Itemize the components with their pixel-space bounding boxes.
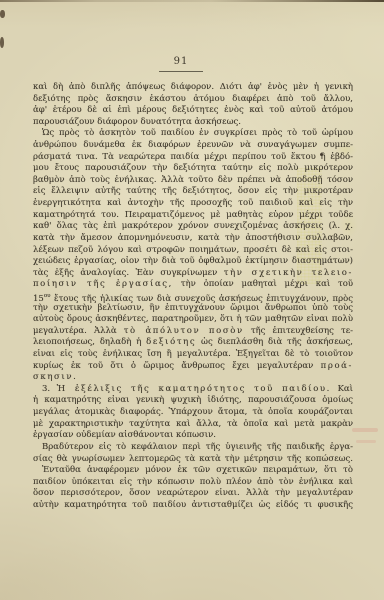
text-segment: καθ' ὅλας τὰς ἐπὶ μακρότερον χρόνον συνε… xyxy=(33,221,353,231)
emphasized-text: τὸ ἀπόλυτον ποσὸν xyxy=(124,326,244,336)
text-line: εἶναι εἰς τοὺς ἐνήλικας ἴση ἢ μεγαλυτέρα… xyxy=(33,349,353,361)
text-line: ἡ καματηρότης εἶναι γενικὴ ψυχικὴ ἰδιότη… xyxy=(33,395,353,407)
text-line: Ἐνταῦθα ἀναφέρομεν μόνον ἐκ τῶν σχετικῶν… xyxy=(33,465,353,477)
text-segment: 15 xyxy=(33,294,44,303)
text-line: παιδίον ὑπόκειται εἰς τὴν κόπωσιν πολὺ π… xyxy=(33,477,353,489)
text-line: καματηρότητά του. Πειραματιζόμενος μὲ μα… xyxy=(33,210,353,222)
text-segment: Καὶ xyxy=(331,384,353,394)
text-segment: αὐτοὺς ὅρους ἀσκηθέντες, παρατηροῦμεν, ὅ… xyxy=(33,314,353,324)
emphasized-text: Ἡ ἐξέλιξις τῆς καματηρότητος τοῦ παιδίου… xyxy=(57,384,331,394)
book-page-scan: 91 καὶ δὴ ἀπὸ διπλῆς ἀπόψεως διάφορον. Δ… xyxy=(0,0,384,600)
ink-speck xyxy=(0,10,5,18)
text-line: λέξεων πεζοῦ λόγου καὶ στροφῶν ποιημάτων… xyxy=(33,245,353,257)
text-segment: μὲ χαρακτηριστικὴν ταχύτητα καὶ ἄλλα, τὰ… xyxy=(33,419,353,429)
text-segment: λειοποιήσεως, δηλαδὴ ἡ xyxy=(33,337,146,347)
text-segment: καματηρότητά του. Πειραματιζόμενος μὲ μα… xyxy=(33,210,353,220)
text-line: τὴν σχετικὴν βελτίωσιν, ἣν ἐπιτυγχάνουν … xyxy=(33,303,353,315)
ink-speck xyxy=(0,37,4,48)
text-line: κυρίως ἐκ τοῦ ὅτι ὁ ὥριμος ἄνθρωπος ἔχει… xyxy=(33,361,353,373)
emphasized-text: ποίησιν τῆς ἐργασίας, xyxy=(33,279,173,289)
text-line: μεγαλυτέρα. Ἀλλὰ τὸ ἀπόλυτον ποσὸν τῆς ἐ… xyxy=(33,326,353,338)
text-line: ἀνθρώπου δυνάμεθα ἐκ διαφόρων ἐρευνῶν νὰ… xyxy=(33,140,353,152)
text-line: ράσματά τινα. Τὰ νεαρώτερα παιδία μέχρι … xyxy=(33,152,353,164)
text-line: δεξιότης πρὸς ἄσκησιν ἑκάστου ἀτόμου δια… xyxy=(33,94,353,106)
text-line: μὲ χαρακτηριστικὴν ταχύτητα καὶ ἄλλα, τὰ… xyxy=(33,419,353,431)
text-segment: χειώδεις ἐργασίας, οἷον τὴν διὰ τοῦ ὀφθα… xyxy=(33,256,353,266)
text-line: λειοποιήσεως, δηλαδὴ ἡ δεξιότης ὡς διεπλ… xyxy=(33,337,353,349)
text-line: παρουσιάζουν διάφορον δυνατότητα ἀσκήσεω… xyxy=(33,117,353,129)
text-segment: ἐργασίαν οὐδεμίαν αἰσθάνονται κόπωσιν. xyxy=(33,430,216,440)
margin-mark xyxy=(356,440,376,443)
text-segment: εἰς ἔλλειψιν αὐτῆς ταύτης τῆς δεξιότητος… xyxy=(33,186,353,196)
text-segment: κυρίως ἐκ τοῦ ὅτι ὁ ὥριμος ἄνθρωπος ἔχει… xyxy=(33,361,321,371)
text-segment: ἡ καματηρότης εἶναι γενικὴ ψυχικὴ ἰδιότη… xyxy=(33,395,353,405)
text-line: καὶ δὴ ἀπὸ διπλῆς ἀπόψεως διάφορον. Διότ… xyxy=(33,82,353,94)
text-segment: 3. xyxy=(42,384,57,394)
text-line: χειώδεις ἐργασίας, οἷον τὴν διὰ τοῦ ὀφθα… xyxy=(33,256,353,268)
text-segment: ἐνεργητικότητα καὶ ἀντοχὴν τῆς προσοχῆς … xyxy=(33,198,353,208)
text-segment: κατὰ τὴν ἄμεσον ἀπομνημόνευσιν, κατὰ τὴν… xyxy=(33,233,353,243)
emphasized-text: δεξιότης xyxy=(146,337,196,347)
text-line: σκησιν. xyxy=(33,372,353,384)
text-line: τὰς ἑξῆς ἀναλογίας. Ἐὰν συγκρίνωμεν τὴν … xyxy=(33,268,353,280)
page-number-underline xyxy=(159,71,203,72)
text-segment: ὡς διεπλάσθη διὰ τῆς ἀσκήσεως, xyxy=(196,337,353,347)
text-segment: τὰς ἑξῆς ἀναλογίας. Ἐὰν συγκρίνωμεν xyxy=(33,268,224,278)
text-segment: παρουσιάζουν διάφορον δυνατότητα ἀσκήσεω… xyxy=(33,117,241,127)
text-segment: λέξεων πεζοῦ λόγου καὶ στροφῶν ποιημάτων… xyxy=(33,245,353,255)
text-line: μεγάλας ἀτομικὰς διαφοράς. Ὑπάρχουν ἄτομ… xyxy=(33,407,353,419)
text-segment: μεγαλυτέρα. Ἀλλὰ xyxy=(33,326,124,336)
text-segment: σίας θὰ γνωρίσωμεν λεπτομερῶς τὰ κατὰ τὴ… xyxy=(33,454,353,464)
text-segment: εἶναι εἰς τοὺς ἐνήλικας ἴση ἢ μεγαλυτέρα… xyxy=(33,349,353,359)
text-line: αὐτοὺς ὅρους ἀσκηθέντες, παρατηροῦμεν, ὅ… xyxy=(33,314,353,326)
text-segment: Ὡς πρὸς τὸ ἀσκητὸν τοῦ παιδίου ἐν συγκρί… xyxy=(42,128,353,138)
text-segment: ὅσον περισσότερον, ὅσον νεαρώτερον εἶναι… xyxy=(33,488,353,498)
text-segment: τὴν ὁποίαν μαθηταὶ μέχρι καὶ τοῦ xyxy=(173,279,353,289)
text-segment: βαθμὸν ἀπὸ τοὺς ἐνήλικας. Ἀλλὰ τοῦτο δὲν… xyxy=(33,175,353,185)
text-block: καὶ δὴ ἀπὸ διπλῆς ἀπόψεως διάφορον. Διότ… xyxy=(33,82,353,512)
text-segment: παιδίον ὑπόκειται εἰς τὴν κόπωσιν πολὺ π… xyxy=(33,477,353,487)
text-line: εἰς ἔλλειψιν αὐτῆς ταύτης τῆς δεξιότητος… xyxy=(33,186,353,198)
text-line: Ὡς πρὸς τὸ ἀσκητὸν τοῦ παιδίου ἐν συγκρί… xyxy=(33,128,353,140)
text-segment: μου ἔτους παρουσιάζουν τὴν δεξιότητα ταύ… xyxy=(33,163,353,173)
text-line: ποίησιν τῆς ἐργασίας, τὴν ὁποίαν μαθηταὶ… xyxy=(33,279,353,291)
text-line: μου ἔτους παρουσιάζουν τὴν δεξιότητα ταύ… xyxy=(33,163,353,175)
text-segment: Βραδύτερον εἰς τὸ κεφάλαιον περὶ τῆς ὑγι… xyxy=(42,442,353,452)
text-segment: ἔτους τῆς ἡλικίας των διὰ συνεχοῦς ἀσκήσ… xyxy=(50,294,353,303)
text-line: 15ου ἔτους τῆς ἡλικίας των διὰ συνεχοῦς … xyxy=(33,291,353,303)
text-line: ὅσον περισσότερον, ὅσον νεαρώτερον εἶναι… xyxy=(33,488,353,500)
text-line: ἐνεργητικότητα καὶ ἀντοχὴν τῆς προσοχῆς … xyxy=(33,198,353,210)
text-segment: δεξιότης πρὸς ἄσκησιν ἑκάστου ἀτόμου δια… xyxy=(33,94,353,104)
text-segment: ἀφ' ἑτέρου δὲ αἱ ἐπὶ μέρους δεξιότητες ἑ… xyxy=(33,105,353,115)
text-line: Βραδύτερον εἰς τὸ κεφάλαιον περὶ τῆς ὑγι… xyxy=(33,442,353,454)
emphasized-text: σκησιν. xyxy=(33,372,77,382)
text-segment: ἀνθρώπου δυνάμεθα ἐκ διαφόρων ἐρευνῶν νὰ… xyxy=(33,140,353,150)
margin-mark xyxy=(352,428,378,432)
scan-edge-top xyxy=(0,0,384,2)
emphasized-text: τὴν σχετικὴν τελειο- xyxy=(224,268,353,278)
text-segment: τῆς ἐπιτευχθείσης τε- xyxy=(244,326,353,336)
text-line: ἐργασίαν οὐδεμίαν αἰσθάνονται κόπωσιν. xyxy=(33,430,353,442)
text-line: ἀφ' ἑτέρου δὲ αἱ ἐπὶ μέρους δεξιότητες ἑ… xyxy=(33,105,353,117)
text-line: καθ' ὅλας τὰς ἐπὶ μακρότερον χρόνον συνε… xyxy=(33,221,353,233)
text-line: βαθμὸν ἀπὸ τοὺς ἐνήλικας. Ἀλλὰ τοῦτο δὲν… xyxy=(33,175,353,187)
text-segment: ράσματά τινα. Τὰ νεαρώτερα παιδία μέχρι … xyxy=(33,152,353,162)
emphasized-text: προά- xyxy=(321,361,353,371)
text-line: σίας θὰ γνωρίσωμεν λεπτομερῶς τὰ κατὰ τὴ… xyxy=(33,454,353,466)
text-segment: καὶ δὴ ἀπὸ διπλῆς ἀπόψεως διάφορον. Διότ… xyxy=(33,82,353,92)
text-segment: μεγάλας ἀτομικὰς διαφοράς. Ὑπάρχουν ἄτομ… xyxy=(33,407,353,417)
text-line: 3. Ἡ ἐξέλιξις τῆς καματηρότητος τοῦ παιδ… xyxy=(33,384,353,396)
text-line: κατὰ τὴν ἄμεσον ἀπομνημόνευσιν, κατὰ τὴν… xyxy=(33,233,353,245)
text-segment: τὴν σχετικὴν βελτίωσιν, ἣν ἐπιτυγχάνουν … xyxy=(33,303,353,313)
text-segment: Ἐνταῦθα ἀναφέρομεν μόνον ἐκ τῶν σχετικῶν… xyxy=(42,465,353,475)
text-line: αὐτὴν καματηρότητα τοῦ παιδίου ἀντισταθμ… xyxy=(33,500,353,512)
text-segment: αὐτὴν καματηρότητα τοῦ παιδίου ἀντισταθμ… xyxy=(33,500,353,510)
page-number: 91 xyxy=(161,56,201,67)
